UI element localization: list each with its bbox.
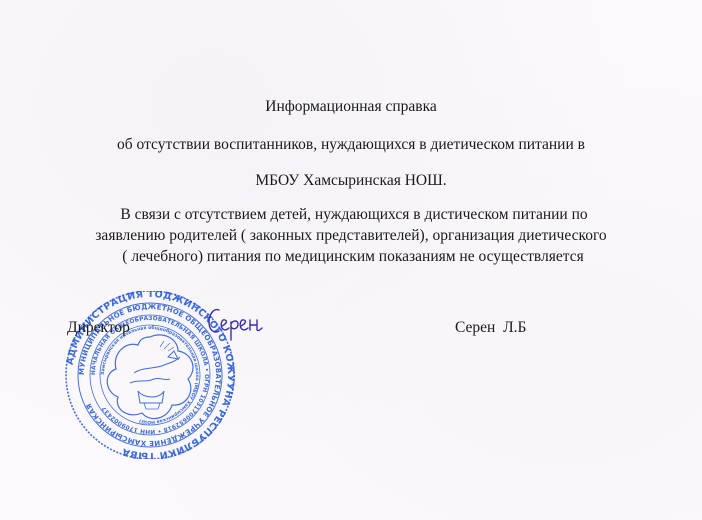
body-line-2: заявлению родителей ( законных представи…	[0, 226, 702, 246]
document-subtitle: об отсутствии воспитанников, нуждающихся…	[0, 135, 702, 155]
director-position-label: Директор	[67, 318, 130, 338]
handwritten-signature-icon	[206, 304, 266, 344]
scanned-document-page: Информационная справка об отсутствии вос…	[0, 0, 702, 520]
body-line-3: ( лечебного) питания по медицинским пока…	[2, 247, 702, 267]
school-name: МБОУ Хамсыринская НОШ.	[0, 171, 702, 191]
body-line-1: В связи с отсутствием детей, нуждающихся…	[3, 205, 702, 225]
document-title: Информационная справка	[0, 97, 702, 117]
director-name: Серен Л.Б	[455, 318, 526, 338]
